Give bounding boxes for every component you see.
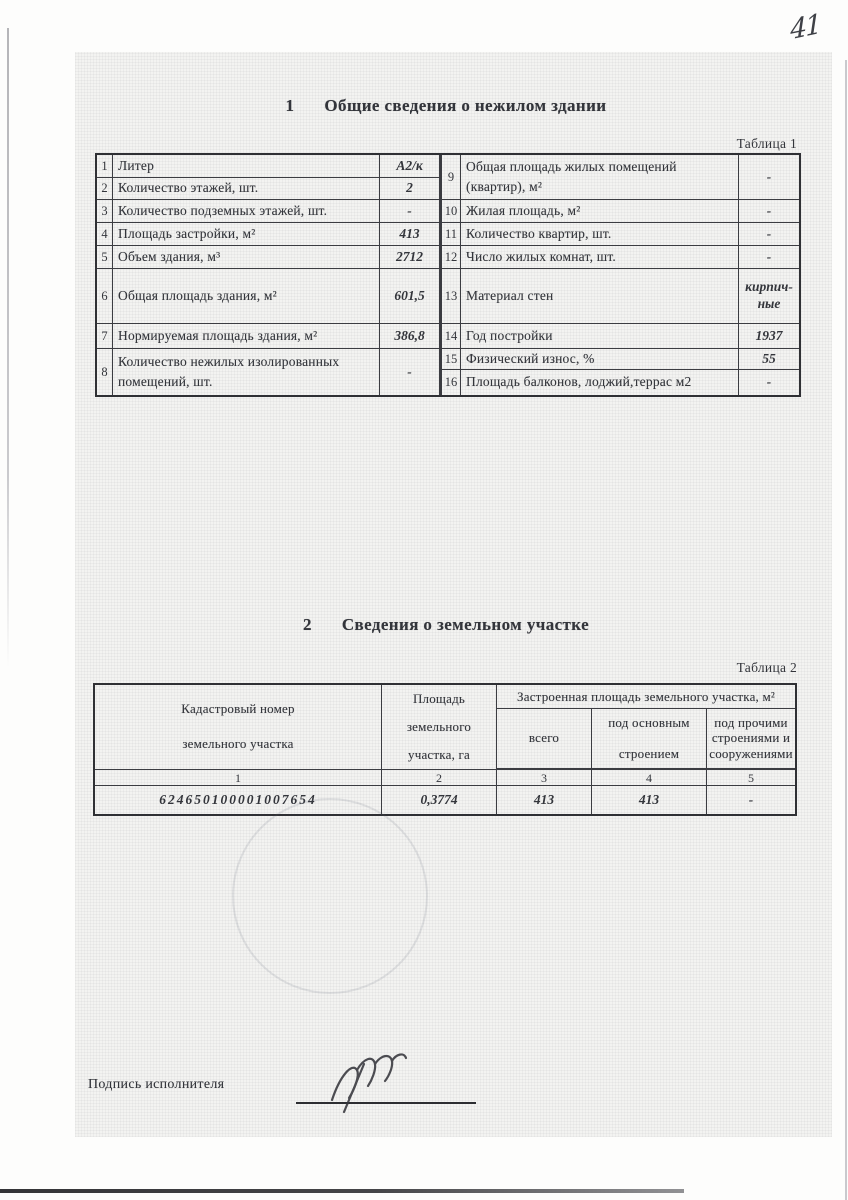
header-plot-area: Площадь земельного участка, га xyxy=(382,685,497,770)
header-total: всего xyxy=(497,709,592,770)
section1-title: 1 Общие сведения о нежилом здании xyxy=(95,96,797,116)
column-number: 3 xyxy=(497,770,592,786)
row-value: - xyxy=(739,246,799,269)
row-value: - xyxy=(739,155,799,200)
row-label: Год постройки xyxy=(461,324,739,349)
row-label: Площадь застройки, м² xyxy=(113,223,380,246)
row-value: 1937 xyxy=(739,324,799,349)
row-number: 11 xyxy=(442,223,461,246)
header-cadastral-number: Кадастровый номер земельного участка xyxy=(95,685,382,770)
section2-title-number: 2 xyxy=(303,615,312,635)
header-line: участка, га xyxy=(384,748,494,762)
scan-edge-bottom xyxy=(0,1189,684,1193)
section2-title: 2 Сведения о земельном участке xyxy=(95,615,797,635)
row-label: Жилая площадь, м² xyxy=(461,200,739,223)
header-line: Кадастровый номер xyxy=(97,702,379,716)
header-built-area-span: Застроенная площадь земельного участка, … xyxy=(497,685,795,709)
row-label: Количество подземных этажей, шт. xyxy=(113,200,380,223)
row-number: 15 xyxy=(442,349,461,370)
row-value: 601,5 xyxy=(380,269,442,324)
row-number: 1 xyxy=(97,155,113,178)
row-number: 3 xyxy=(97,200,113,223)
under-other-value: - xyxy=(707,786,795,814)
row-number: 5 xyxy=(97,246,113,269)
header-line: Площадь xyxy=(384,692,494,706)
row-label: Площадь балконов, лоджий,террас м2 xyxy=(461,370,739,395)
header-line: под прочими xyxy=(709,716,793,730)
row-number: 2 xyxy=(97,178,113,200)
row-value: 55 xyxy=(739,349,799,370)
row-value: - xyxy=(739,370,799,395)
handwritten-page-number: 41 xyxy=(790,9,821,47)
scan-edge-left xyxy=(7,28,9,668)
header-under-other: под прочими строениями и сооружениями xyxy=(707,709,795,770)
row-label: Объем здания, м³ xyxy=(113,246,380,269)
row-value: 2 xyxy=(380,178,442,200)
row-label: Количество квартир, шт. xyxy=(461,223,739,246)
plot-area-value: 0,3774 xyxy=(382,786,497,814)
row-number: 4 xyxy=(97,223,113,246)
header-line: под основным xyxy=(594,716,704,730)
row-value: 386,8 xyxy=(380,324,442,349)
table2-caption: Таблица 2 xyxy=(95,660,797,676)
row-number: 13 xyxy=(442,269,461,324)
table1-caption: Таблица 1 xyxy=(95,136,797,152)
row-label: Общая площадь жилых помещений (квартир),… xyxy=(461,155,739,200)
column-number: 4 xyxy=(592,770,707,786)
column-number: 2 xyxy=(382,770,497,786)
column-number: 5 xyxy=(707,770,795,786)
row-value: - xyxy=(380,200,442,223)
land-plot-table: Кадастровый номер земельного участка Пло… xyxy=(93,683,797,816)
column-number: 1 xyxy=(95,770,382,786)
row-label: Литер xyxy=(113,155,380,178)
scan-edge-right xyxy=(845,60,847,1200)
executor-signature-label: Подпись исполнителя xyxy=(88,1077,224,1093)
row-value: А2/к xyxy=(380,155,442,178)
row-label: Материал стен xyxy=(461,269,739,324)
header-line: строениями и xyxy=(709,731,793,745)
row-label: Число жилых комнат, шт. xyxy=(461,246,739,269)
row-label: Общая площадь здания, м² xyxy=(113,269,380,324)
section1-title-text: Общие сведения о нежилом здании xyxy=(324,96,606,116)
built-total-value: 413 xyxy=(497,786,592,814)
header-under-main: под основным строением xyxy=(592,709,707,770)
row-number: 7 xyxy=(97,324,113,349)
row-number: 16 xyxy=(442,370,461,395)
row-value: 2712 xyxy=(380,246,442,269)
row-value: - xyxy=(739,223,799,246)
row-number: 10 xyxy=(442,200,461,223)
handwritten-signature xyxy=(318,1050,448,1114)
header-line: земельного участка xyxy=(97,737,379,751)
row-label: Нормируемая площадь здания, м² xyxy=(113,324,380,349)
header-line: земельного xyxy=(384,720,494,734)
header-line: всего xyxy=(499,731,589,745)
row-number: 9 xyxy=(442,155,461,200)
header-line: строением xyxy=(594,747,704,761)
row-label: Количество нежилых изолированных помещен… xyxy=(113,349,380,395)
section2-title-text: Сведения о земельном участке xyxy=(342,615,589,635)
section1-title-number: 1 xyxy=(286,96,295,116)
row-value: 413 xyxy=(380,223,442,246)
row-number: 6 xyxy=(97,269,113,324)
row-number: 12 xyxy=(442,246,461,269)
under-main-value: 413 xyxy=(592,786,707,814)
row-value: - xyxy=(739,200,799,223)
row-label: Физический износ, % xyxy=(461,349,739,370)
row-value: - xyxy=(380,349,442,395)
row-label: Количество этажей, шт. xyxy=(113,178,380,200)
building-info-table: 1 Литер А2/к 2 Количество этажей, шт. 2 … xyxy=(95,153,801,397)
row-number: 14 xyxy=(442,324,461,349)
stamp-impression xyxy=(232,798,428,994)
header-line: сооружениями xyxy=(709,747,793,761)
row-number: 8 xyxy=(97,349,113,395)
row-value: кирпич-ные xyxy=(739,269,799,324)
